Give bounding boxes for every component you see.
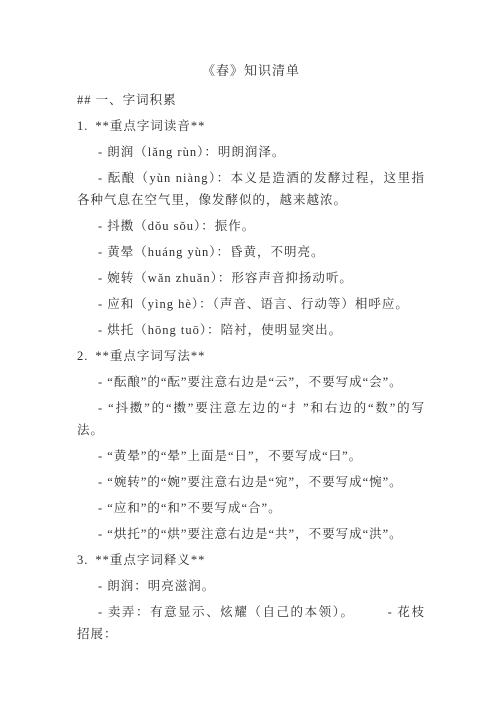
meaning-entry-row: - 卖弄：有意显示、炫耀（自己的本领）。- 花枝招展： <box>77 601 425 645</box>
writing-entry-yunniang: - “酝酿”的“酝”要注意右边是“云”，不要写成“会”。 <box>77 371 425 393</box>
doc-title: 《春》知识清单 <box>77 60 425 82</box>
item-1-number: 1. <box>77 119 88 133</box>
item-2-title: **重点字词写法** <box>95 349 205 363</box>
writing-entry-huangyun: - “黄晕”的“晕”上面是“日”，不要写成“曰”。 <box>77 445 425 467</box>
item-1-title: **重点字词读音** <box>95 119 205 133</box>
pronunciation-entry-hongtuo: - 烘托（hōng tuō）：陪衬，使明显突出。 <box>77 319 425 341</box>
pronunciation-entry-huangyun: - 黄晕（huáng yùn）：昏黄，不明亮。 <box>77 241 425 263</box>
meaning-entry-mainong: - 卖弄：有意显示、炫耀（自己的本领）。 <box>98 605 355 619</box>
item-1-heading: 1.**重点字词读音** <box>77 115 425 137</box>
writing-entry-hongtuo: - “烘托”的“烘”要注意右边是“共”，不要写成“洪”。 <box>77 523 425 545</box>
markdown-section-heading: ## 一、字词积累 <box>77 89 425 111</box>
pronunciation-entry-yunniang: - 酝酿（yùn niàng）：本义是造酒的发酵过程，这里指各种气息在空气里，像… <box>77 167 425 211</box>
document-page: 《春》知识清单 ## 一、字词积累 1.**重点字词读音** - 朗润（lǎng… <box>0 0 500 707</box>
meaning-entry-langrun: - 朗润：明亮滋润。 <box>77 575 425 597</box>
item-2-number: 2. <box>77 349 88 363</box>
pronunciation-entry-dousou: - 抖擞（dǒu sǒu）：振作。 <box>77 215 425 237</box>
item-2-heading: 2.**重点字词写法** <box>77 345 425 367</box>
pronunciation-entry-wanzhuan: - 婉转（wǎn zhuǎn）：形容声音抑扬动听。 <box>77 267 425 289</box>
item-3-heading: 3.**重点字词释义** <box>77 549 425 571</box>
pronunciation-entry-langrun: - 朗润（lǎng rùn）：明朗润泽。 <box>77 141 425 163</box>
item-3-number: 3. <box>77 553 88 567</box>
item-3-title: **重点字词释义** <box>95 553 205 567</box>
writing-entry-wanzhuan: - “婉转”的“婉”要注意右边是“宛”，不要写成“惋”。 <box>77 471 425 493</box>
writing-entry-yinghe: - “应和”的“和”不要写成“合”。 <box>77 497 425 519</box>
pronunciation-entry-yinghe: - 应和（yìng hè）：（声音、语言、行动等）相呼应。 <box>77 293 425 315</box>
writing-entry-dousou: - “抖擞”的“擞”要注意左边的“扌”和右边的“数”的写法。 <box>77 397 425 441</box>
